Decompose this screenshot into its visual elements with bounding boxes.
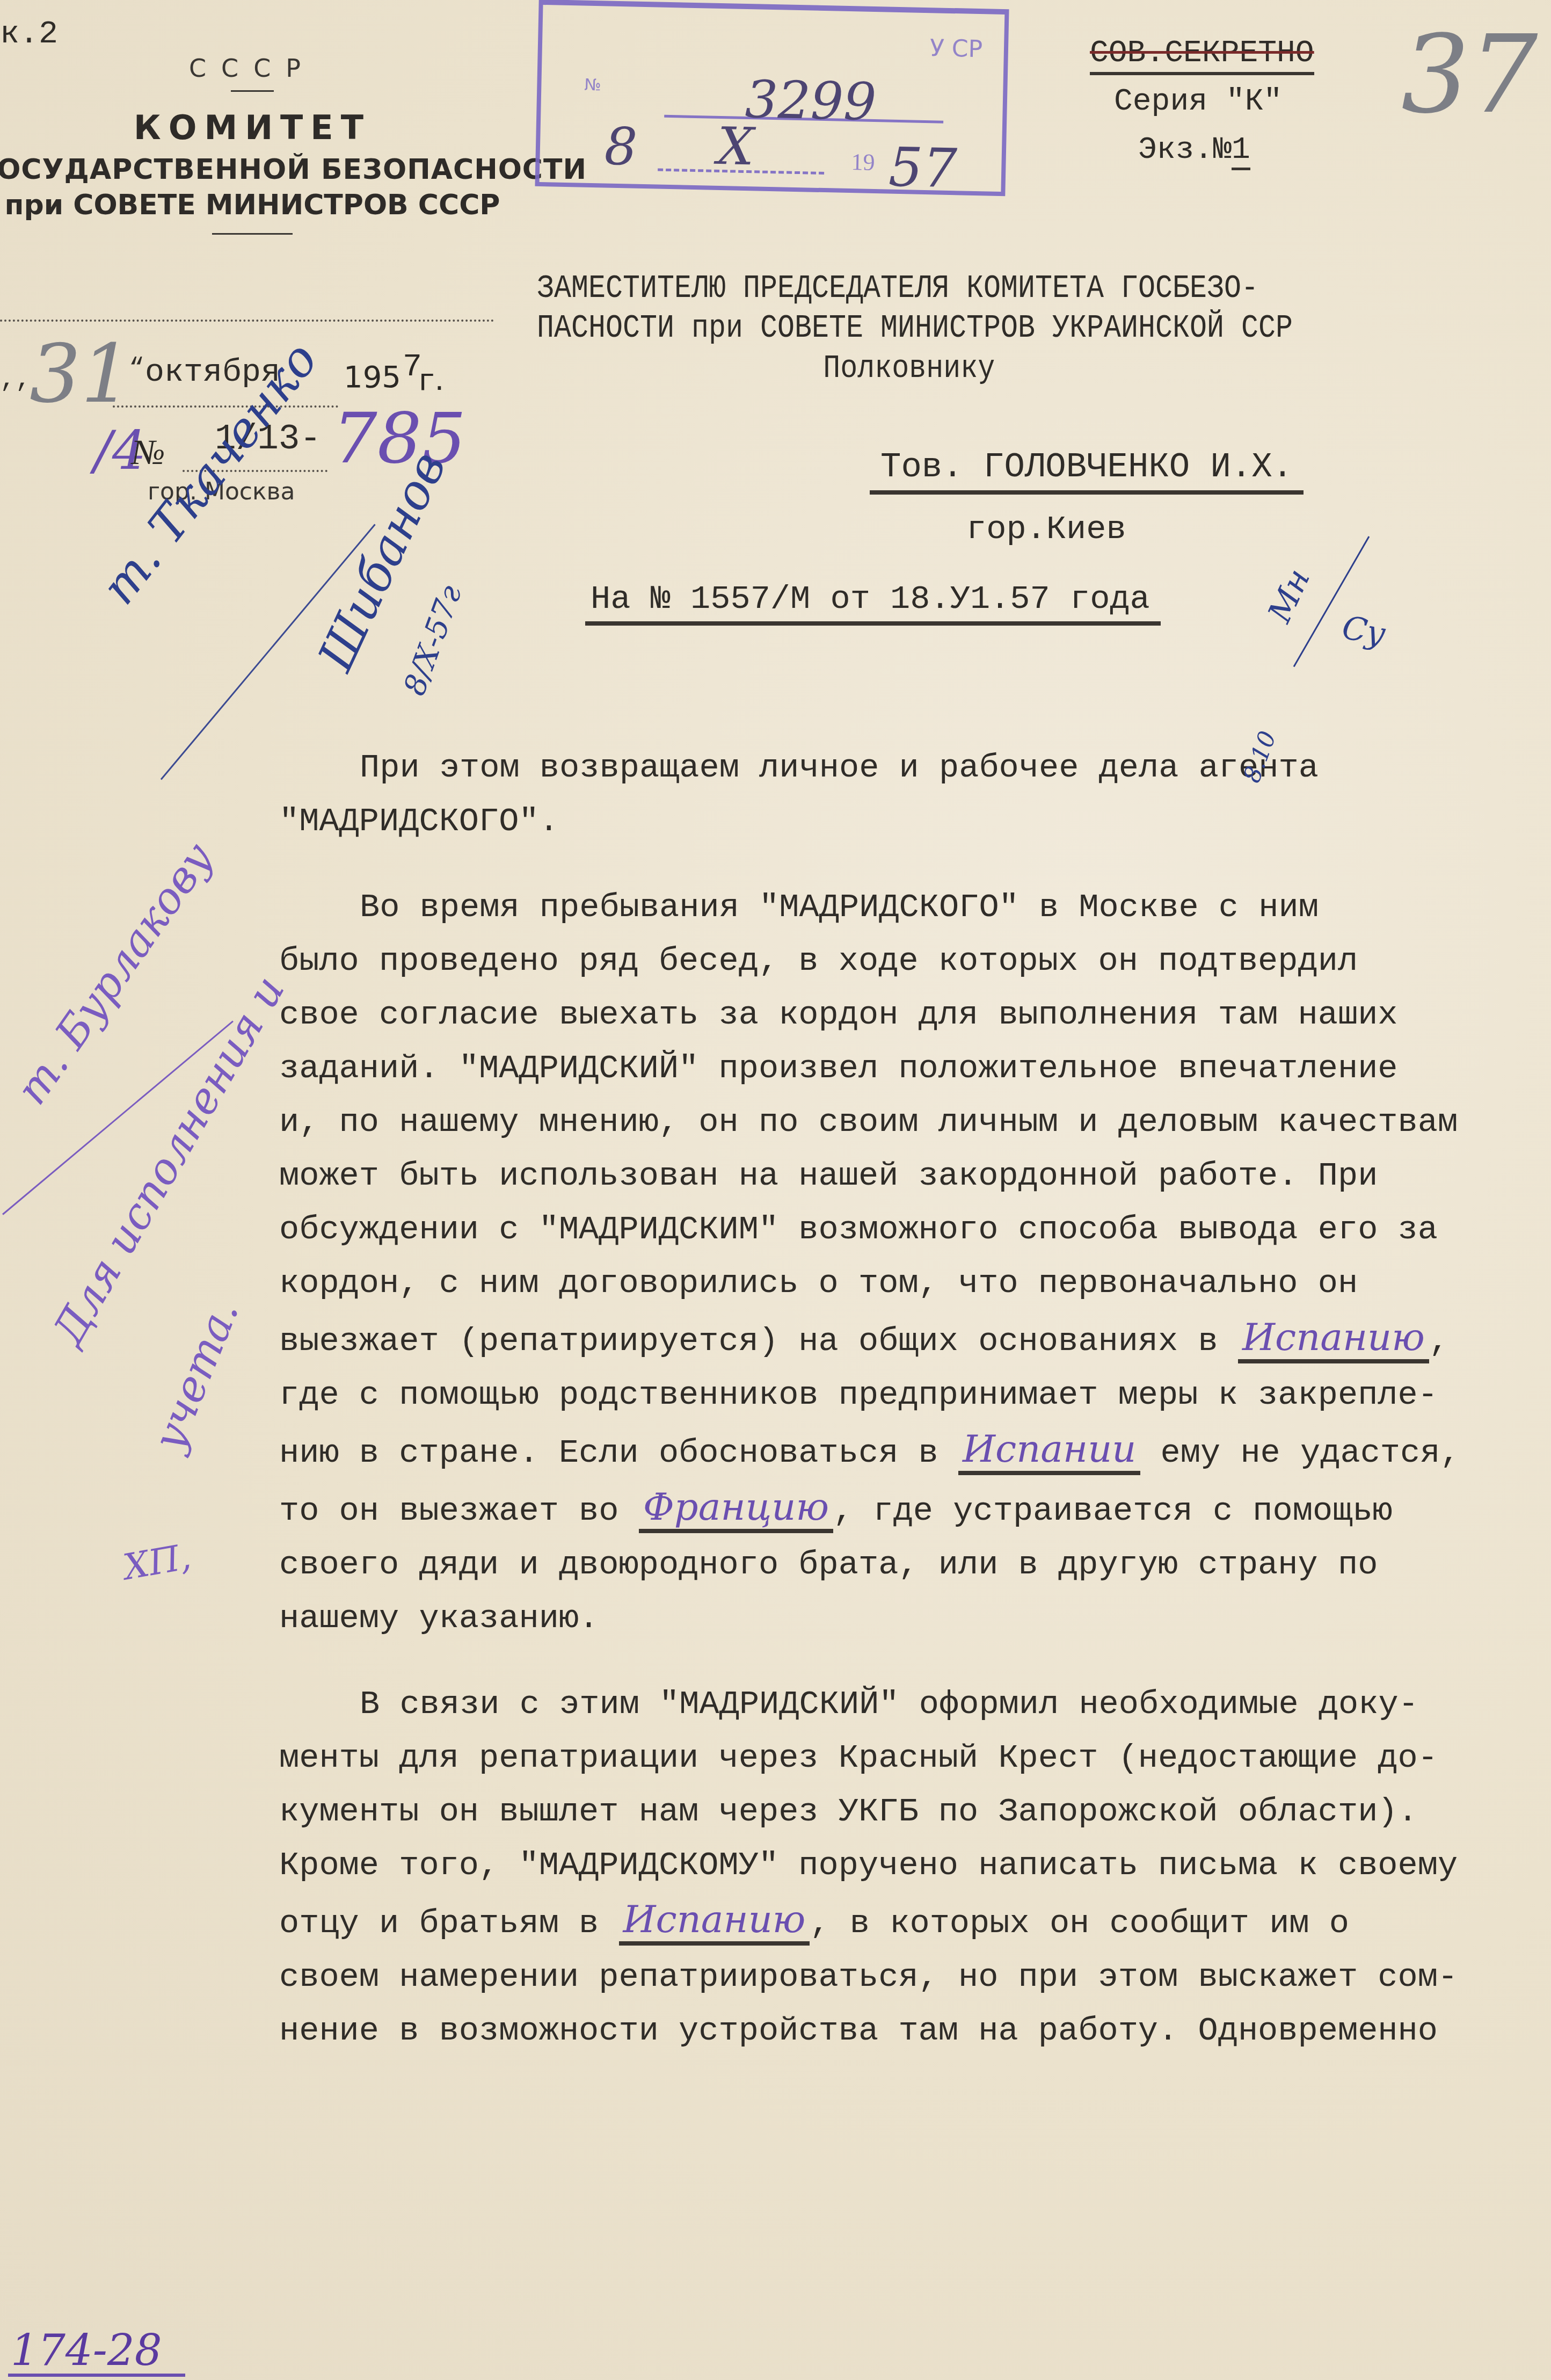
body-line: обсуждении с "МАДРИДСКИМ" возможного спо… [279,1203,1551,1257]
resolution-annotation: учета. [143,1293,249,1457]
archive-number: 174-28 [11,2325,162,2375]
addressee-rank: Полковнику [823,349,1405,388]
body-line: При этом возвращаем личное и рабочее дел… [279,741,1551,795]
body-line: нашему указанию. [279,1592,1551,1645]
secrecy-label: СОВ.СЕКРЕТНО [1090,36,1314,75]
body-line: где с помощью родственников предпринимае… [279,1368,1551,1422]
recipient-name: Тов. ГОЛОВЧЕНКО И.Х. [870,448,1304,495]
body-line: может быть использован на нашей закордон… [279,1149,1551,1203]
stamp-month: X [717,116,755,177]
stamp-number-label: № [584,76,601,95]
handwritten-country: Францию [639,1485,833,1533]
initials-annotation: Мн [1261,563,1317,628]
reference-line: На № 1557/М от 18.У1.57 года [585,580,1161,626]
body-line: выезжает (репатриируется) на общих основ… [279,1310,1551,1368]
recipient-city: гор.Киев [966,510,1126,548]
sheet-number: 37 [1401,21,1538,129]
body-line: "МАДРИДСКОГО". [279,795,1551,848]
incoming-stamp: У СР № 3299 8 X 19 57 [535,0,1009,196]
body-line: своем намерении репатриироваться, но при… [279,1950,1551,2004]
body-line: и, по нашему мнению, он по своим личным … [279,1095,1551,1149]
copy-number: 1 [1232,133,1250,170]
body-line: свое согласие выехать за кордон для выпо… [279,988,1551,1042]
body-line: Во время пребывания "МАДРИДСКОГО" в Моск… [279,881,1551,934]
copy-marker: к.2 [0,16,58,53]
resolution-annotation: ХП, [120,1536,194,1588]
stamp-year-prefix: 19 [851,148,875,176]
body-line: отцу и братьям в Испанию, в которых он с… [279,1892,1551,1950]
body-line: заданий. "МАДРИДСКИЙ" произвел положител… [279,1042,1551,1095]
series-label: Серия "К" [1114,78,1314,126]
archive-rule [8,2374,185,2377]
copy-label: Экз.№1 [1138,126,1314,175]
letterhead-separator [0,320,494,322]
signature-annotation: Су [1339,609,1389,654]
handwritten-country: Испанию [619,1897,810,1946]
body-line: кументы он вышлет нам через УКГБ по Запо… [279,1785,1551,1839]
handwritten-country: Испании [958,1427,1140,1475]
letterhead-divider-bottom [212,233,293,235]
stamp-year-suffix: 57 [888,136,958,200]
addressee-block: ЗАМЕСТИТЕЛЮ ПРЕДСЕДАТЕЛЯ КОМИТЕТА ГОСБЕЗ… [537,269,1405,388]
date-quote-close: “ [129,354,144,383]
letterhead-line1: ГОСУДАРСТВЕННОЙ БЕЗОПАСНОСТИ [0,154,505,186]
number-sign: № [132,432,165,473]
letterhead-committee: КОМИТЕТ [0,108,505,147]
addressee-line2: ПАСНОСТИ при СОВЕТЕ МИНИСТРОВ УКРАИНСКОЙ… [537,308,1405,348]
body-line: менты для репатриации через Красный Крес… [279,1731,1551,1785]
stamp-day: 8 [604,116,638,177]
body-line: было проведено ряд бесед, в ходе которых… [279,934,1551,988]
letterhead-divider [231,90,274,92]
body-line: то он выезжает во Францию, где устраивае… [279,1480,1551,1538]
paragraph-2: Во время пребывания "МАДРИДСКОГО" в Моск… [279,881,1551,1645]
body-line: нение в возможности устройства там на ра… [279,2004,1551,2058]
date-year-prefix: 195 [344,360,401,395]
letterhead-line2: при СОВЕТЕ МИНИСТРОВ СССР [0,189,505,221]
letterhead: СССР КОМИТЕТ ГОСУДАРСТВЕННОЙ БЕЗОПАСНОСТ… [0,54,505,235]
date-quote-open: ,, [0,365,31,394]
body-line: нию в стране. Если обосноваться в Испани… [279,1422,1551,1480]
handwritten-country: Испанию [1238,1315,1429,1363]
body-line: своего дяди и двоюродного брата, или в д… [279,1538,1551,1592]
body-line: В связи с этим "МАДРИДСКИЙ" оформил необ… [279,1678,1551,1731]
body-line: кордон, с ним договорились о том, что пе… [279,1257,1551,1310]
paragraph-1: При этом возвращаем личное и рабочее дел… [279,741,1551,848]
letter-body: При этом возвращаем личное и рабочее дел… [279,741,1551,2058]
paragraph-3: В связи с этим "МАДРИДСКИЙ" оформил необ… [279,1678,1551,2058]
stamp-header: У СР [929,34,982,63]
classification-block: СОВ.СЕКРЕТНО Серия "К" Экз.№1 [1090,30,1314,175]
body-line: Кроме того, "МАДРИДСКОМУ" поручено напис… [279,1839,1551,1892]
addressee-line1: ЗАМЕСТИТЕЛЮ ПРЕДСЕДАТЕЛЯ КОМИТЕТА ГОСБЕЗ… [537,269,1405,308]
date-year-unit: г. [419,362,444,397]
resolution-date: 8/Х-57г [397,581,469,700]
stamp-number: 3299 [745,69,877,132]
letterhead-country: СССР [0,54,505,83]
